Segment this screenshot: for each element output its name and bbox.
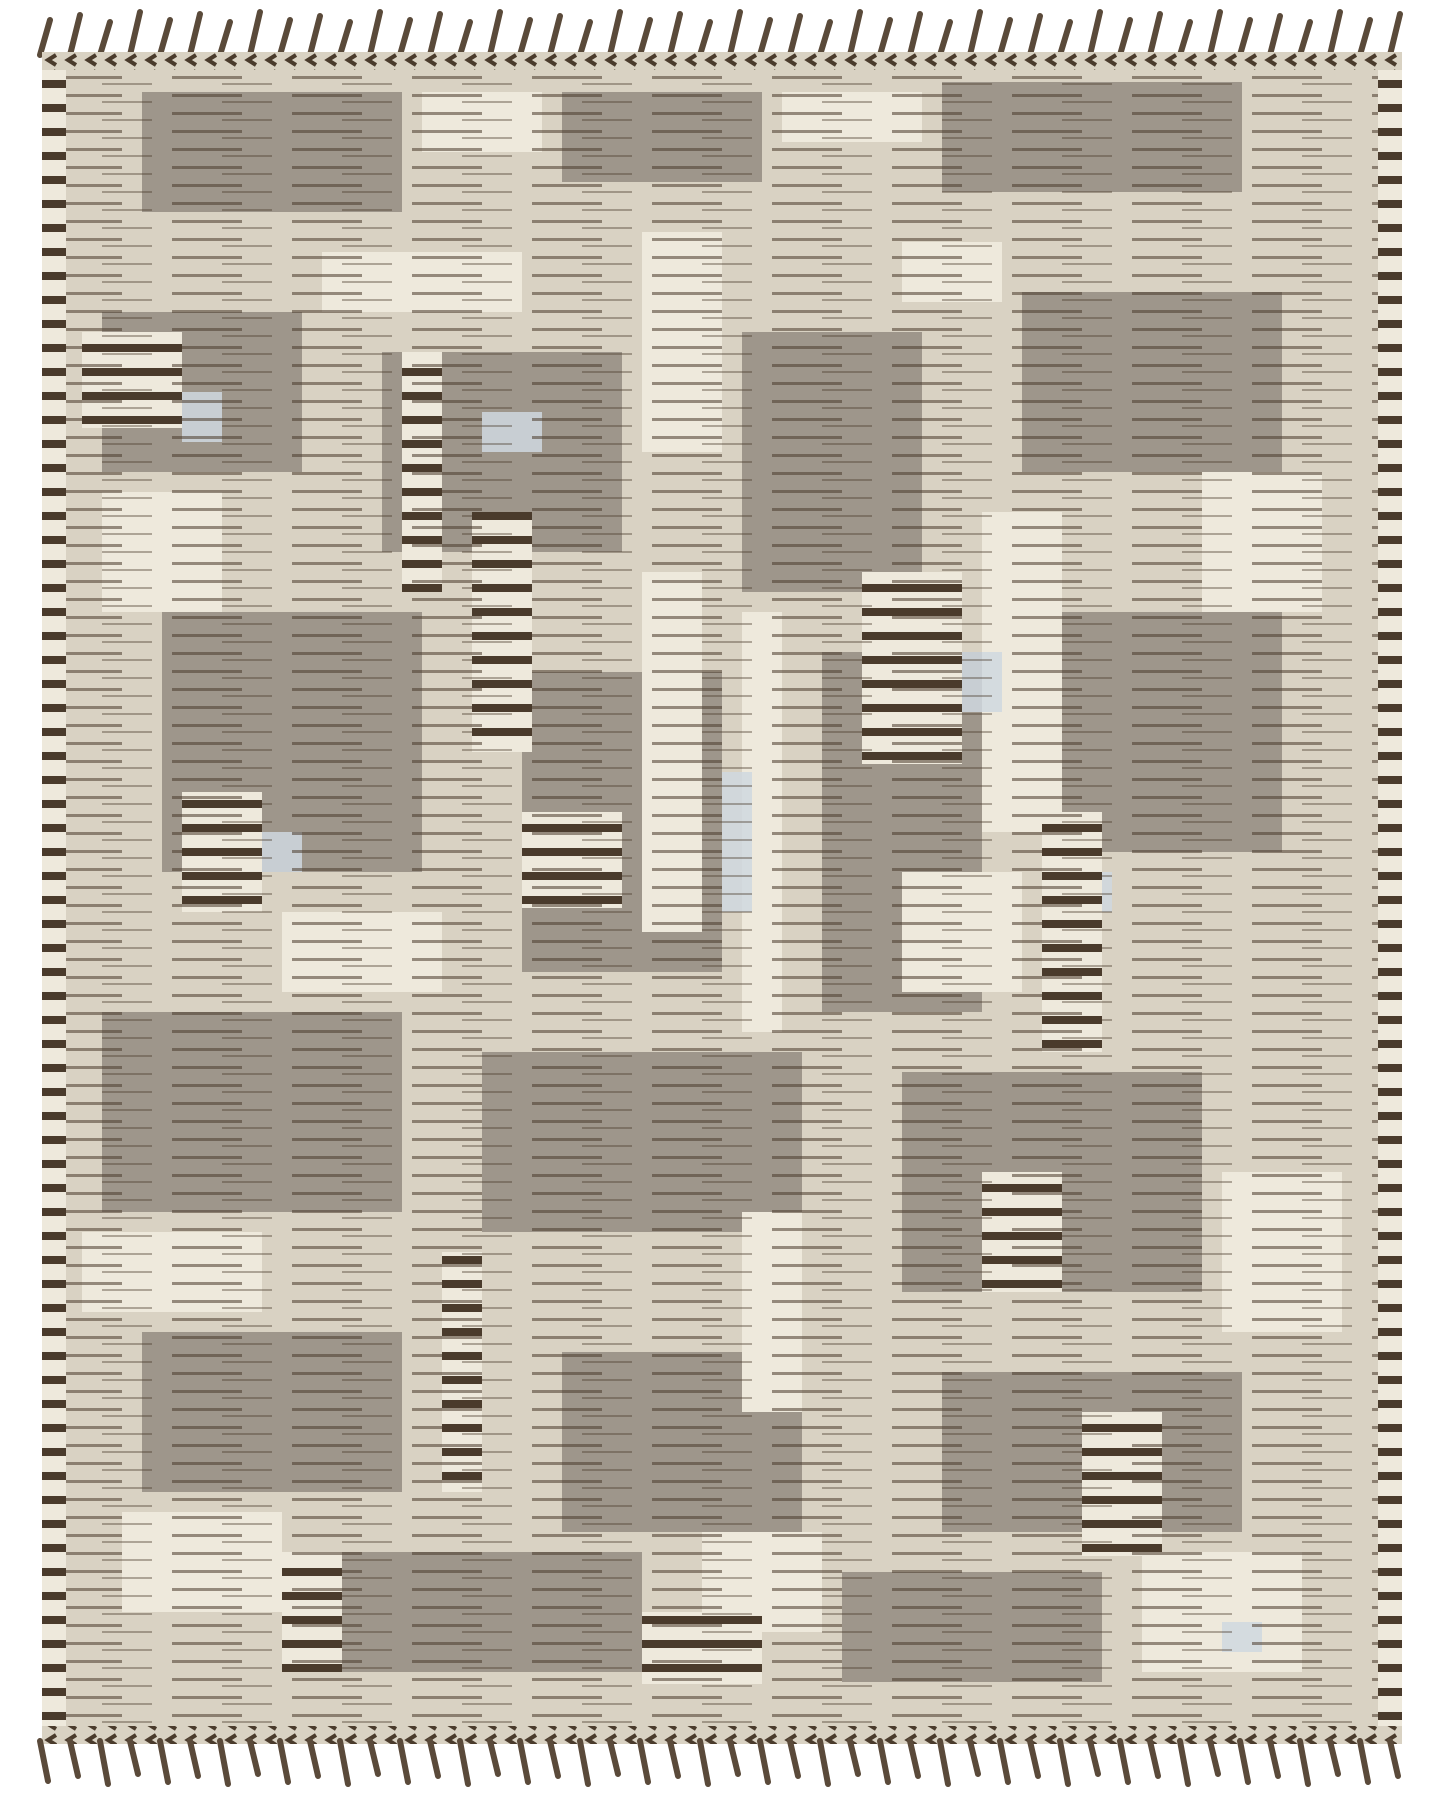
rug-field xyxy=(42,52,1402,1744)
bottom-fringe xyxy=(30,1736,1415,1796)
rug-photo xyxy=(0,0,1445,1796)
top-fringe xyxy=(30,0,1415,60)
abstract-pattern xyxy=(42,52,1402,1744)
